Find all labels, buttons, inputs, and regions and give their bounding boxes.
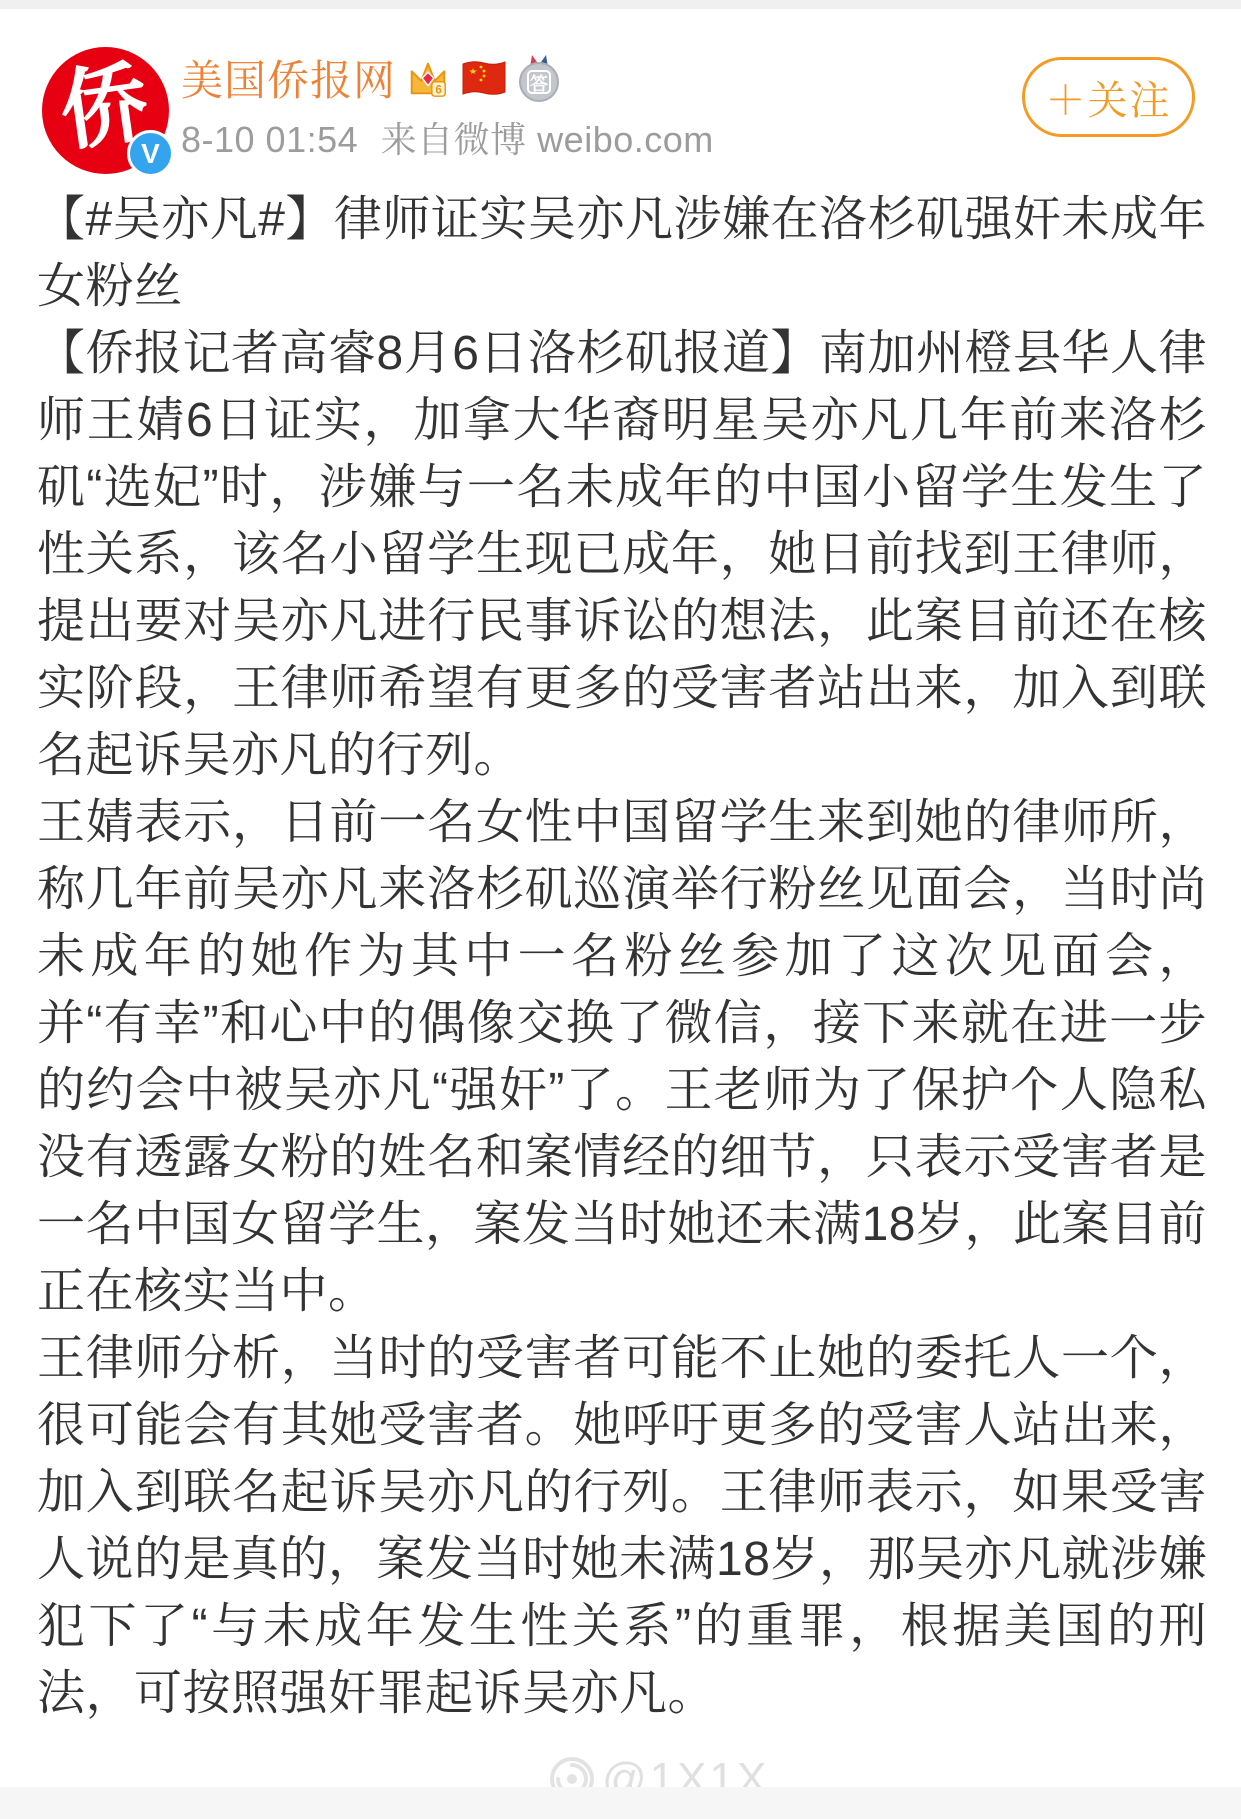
post-paragraph: 王婧表示，日前一名女性中国留学生来到她的律师所，称几年前吴亦凡来洛杉矶巡演举行粉… (37, 789, 1207, 1325)
username-row: 美国侨报网 6 (181, 52, 561, 104)
post-body: 【#吴亦凡#】律师证实吴亦凡涉嫌在洛杉矶强奸未成年女粉丝【侨报记者高睿8月6日洛… (37, 186, 1207, 1727)
verified-letter: V (141, 138, 160, 170)
vip-crown-icon[interactable]: 6 (405, 55, 451, 101)
post-paragraph: 【侨报记者高睿8月6日洛杉矶报道】南加州橙县华人律师王婧6日证实，加拿大华裔明星… (37, 320, 1207, 789)
svg-text:6: 6 (435, 84, 441, 96)
post-header: 侨 V 美国侨报网 6 (0, 0, 1241, 185)
post-meta: 8-10 01:54 来自微博 weibo.com (181, 112, 714, 163)
svg-text:答: 答 (530, 73, 548, 94)
verified-v-icon: V (127, 130, 174, 177)
post-paragraph: 王律师分析，当时的受害者可能不止她的委托人一个，很可能会有其她受害者。她呼吁更多… (37, 1325, 1207, 1727)
post-paragraph: 【#吴亦凡#】律师证实吴亦凡涉嫌在洛杉矶强奸未成年女粉丝 (37, 186, 1207, 320)
qa-medal-icon[interactable]: 答 (517, 53, 561, 103)
screenshot-bottom-band (0, 1787, 1241, 1819)
china-flag-icon (460, 58, 508, 98)
username-link[interactable]: 美国侨报网 (181, 48, 396, 108)
follow-button[interactable]: ＋关注 (1022, 57, 1195, 137)
timestamp: 8-10 01:54 (181, 119, 358, 160)
source-link[interactable]: 来自微博 weibo.com (381, 119, 714, 160)
